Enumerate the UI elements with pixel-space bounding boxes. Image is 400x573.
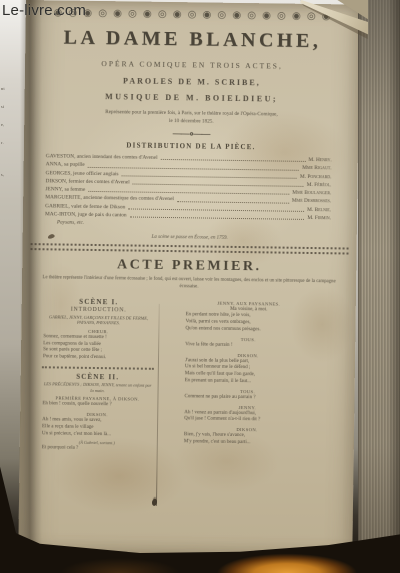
page-fragment: s,: [1, 172, 5, 177]
gutter-shadow: [20, 0, 42, 560]
watermark-text: Le-livre.com: [2, 2, 86, 19]
scene-heading: SCÈNE II.: [40, 372, 156, 382]
scene-rule: [42, 366, 154, 370]
cast-actor: M. Firmin.: [307, 214, 331, 223]
ornament-rule: [31, 243, 349, 254]
distribution-heading: DISTRIBUTION DE LA PIÈCE.: [24, 140, 358, 153]
verse-line: En prenant un parrain, il le faut...: [182, 378, 314, 387]
cast-leader: [177, 201, 289, 204]
verse-line: M'y prendre, c'est un beau parti...: [181, 439, 313, 448]
scene-subheading: INTRODUCTION.: [41, 306, 157, 314]
cast-role: MAC-IRTON, juge de paix du canton: [45, 210, 127, 219]
cast-actor: M. Féréol.: [307, 181, 332, 190]
premiere-note: Représentée pour la première fois, à Par…: [24, 108, 358, 128]
verse-line: Qu'il jase ! Comment n'a-t-il rien dit ?: [181, 417, 313, 426]
cast-actor: M. Ponchard.: [300, 172, 332, 181]
verse-line: Comment ne pas plaire au parrain ?: [181, 394, 313, 403]
column-right: Jenny, aux Paysannes.Ma voisine, à moi.E…: [181, 297, 315, 456]
lamp-glare: [203, 546, 371, 573]
page-content: ◉ ◎ ◉ ◎ ◉ ◎ ◉ ◎ ◉ ◎ ◉ ◎ ◉ ◎ ◉ ◎ ◉ ◎ ◉ LA…: [18, 0, 360, 557]
credit-musique: MUSIQUE DE M. BOIELDIEU;: [25, 91, 359, 105]
verse-line: Qu'on entend nos communs présages.: [182, 326, 314, 335]
verse-line: Et pourquoi cela ?: [39, 446, 155, 454]
lamp-glare-secondary: [60, 558, 180, 573]
column-left: SCÈNE I.INTRODUCTION.GABRIEL, JENNY, GAR…: [39, 295, 157, 454]
scene-heading: SCÈNE I.: [41, 297, 157, 307]
verse-line: Vive la fête de parrain !: [182, 342, 314, 351]
scene-setting-note: La scène se passe en Écosse, en 1759.: [23, 233, 357, 243]
stage-direction: Le théâtre représente l'intérieur d'une …: [42, 276, 336, 293]
cast-actor: M. Belnie.: [307, 206, 331, 215]
cast-leader: [130, 217, 305, 220]
book-page: ◉ ◎ ◉ ◎ ◉ ◎ ◉ ◎ ◉ ◎ ◉ ◎ ◉ ◎ ◉ ◎ ◉ ◎ ◉ LA…: [18, 0, 360, 557]
cast-list: GAVESTON, ancien intendant des comtes d'…: [45, 152, 332, 222]
fore-edge: [358, 0, 400, 558]
page-fragment: e,: [1, 122, 5, 127]
credit-paroles: PAROLES DE M. SCRIBE,: [25, 75, 359, 89]
characters-list: GABRIEL, JENNY, GARÇONS ET FILLES DE FER…: [42, 314, 154, 327]
section-divider-icon: ——∘——: [24, 126, 358, 141]
page-fragment: r.: [1, 140, 4, 145]
page-fragment: nt: [1, 86, 5, 91]
verse-line: Pour ce baptême, point d'ennui.: [40, 354, 156, 362]
verse-line: Eh bien ! cousin, quelle nouvelle ?: [39, 401, 155, 409]
verse-line: Un si précieux, c'est mon bien là...: [39, 431, 155, 439]
cast-actor: Mme Desbrosses.: [292, 197, 332, 206]
page-subtitle: OPÉRA COMIQUE EN TROIS ACTES,: [25, 58, 359, 72]
libretto-columns: SCÈNE I.INTRODUCTION.GABRIEL, JENNY, GAR…: [39, 295, 356, 457]
cast-actor: M. Henry.: [308, 156, 332, 165]
characters-list: LES PRÉCÉDENTS ; DIKSON, JENNY, tenant u…: [42, 381, 154, 394]
dog-ear-fold: [300, 0, 368, 40]
page-fragment: si: [1, 104, 5, 109]
photo-frame: ntsie,r.s, ◉ ◎ ◉ ◎ ◉ ◎ ◉ ◎ ◉ ◎ ◉ ◎ ◉ ◎ ◉…: [0, 0, 400, 573]
act-heading: ACTE PREMIER.: [22, 256, 356, 277]
